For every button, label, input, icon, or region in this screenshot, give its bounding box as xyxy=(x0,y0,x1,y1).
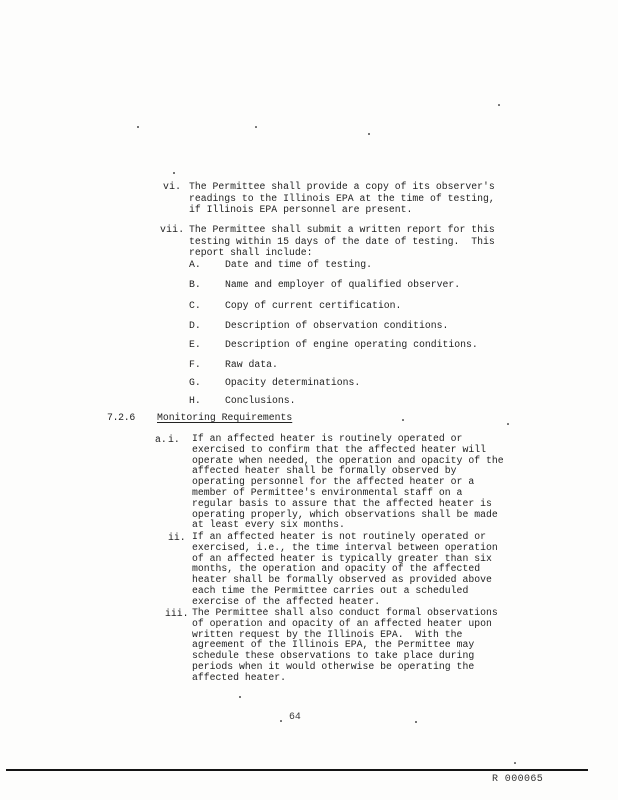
report-item-d: D.Description of observation conditions. xyxy=(189,320,448,331)
scan-speckle xyxy=(239,696,241,698)
report-item-text: Description of observation conditions. xyxy=(225,320,448,331)
section-title: Monitoring Requirements xyxy=(157,412,292,423)
subclause-i-label: i. xyxy=(168,434,180,445)
report-item-h: H.Conclusions. xyxy=(189,395,296,406)
report-item-g: G.Opacity determinations. xyxy=(189,377,360,388)
report-item-label: G. xyxy=(189,377,225,388)
page-number: 64 xyxy=(289,711,301,722)
subsection-a-label: a. xyxy=(155,434,167,445)
report-item-label: A. xyxy=(189,259,225,270)
scan-speckle xyxy=(280,720,282,722)
clause-vi-label: vi. xyxy=(163,181,181,192)
report-item-text: Description of engine operating conditio… xyxy=(225,339,478,350)
subclause-ii-label: ii. xyxy=(168,532,186,543)
subclause-iii-label: iii. xyxy=(165,608,189,619)
subclause-iii-text: The Permittee shall also conduct formal … xyxy=(192,608,498,684)
report-item-label: E. xyxy=(189,339,225,350)
report-item-text: Copy of current certification. xyxy=(225,300,401,311)
report-item-text: Raw data. xyxy=(225,359,278,370)
document-page: vi. The Permittee shall provide a copy o… xyxy=(0,0,618,800)
report-item-label: D. xyxy=(189,320,225,331)
subclause-i-text: If an affected heater is routinely opera… xyxy=(192,434,504,531)
report-item-text: Name and employer of qualified observer. xyxy=(225,279,460,290)
scan-speckle xyxy=(507,423,509,425)
stamp-number: R 000065 xyxy=(492,774,543,785)
report-item-label: B. xyxy=(189,279,225,290)
report-item-e: E.Description of engine operating condit… xyxy=(189,339,478,350)
subclause-ii-text: If an affected heater is not routinely o… xyxy=(192,532,498,608)
footer-rule xyxy=(6,769,588,771)
clause-vi-text: The Permittee shall provide a copy of it… xyxy=(189,181,495,216)
report-item-f: F.Raw data. xyxy=(189,359,278,370)
scan-speckle xyxy=(368,133,370,135)
scan-speckle xyxy=(514,762,516,764)
scan-speckle xyxy=(402,419,404,421)
clause-vii-text: The Permittee shall submit a written rep… xyxy=(189,224,495,259)
scan-speckle xyxy=(173,172,175,174)
section-number: 7.2.6 xyxy=(107,412,135,423)
report-item-label: H. xyxy=(189,395,225,406)
scan-speckle xyxy=(137,126,139,128)
report-item-text: Conclusions. xyxy=(225,395,296,406)
report-item-text: Opacity determinations. xyxy=(225,377,360,388)
scan-speckle xyxy=(415,721,417,723)
report-item-a: A.Date and time of testing. xyxy=(189,259,372,270)
scan-speckle xyxy=(255,126,257,128)
report-item-label: C. xyxy=(189,300,225,311)
clause-vii-label: vii. xyxy=(160,224,184,235)
report-item-text: Date and time of testing. xyxy=(225,259,372,270)
report-item-c: C.Copy of current certification. xyxy=(189,300,401,311)
report-item-b: B.Name and employer of qualified observe… xyxy=(189,279,460,290)
report-item-label: F. xyxy=(189,359,225,370)
scan-speckle xyxy=(498,104,500,106)
